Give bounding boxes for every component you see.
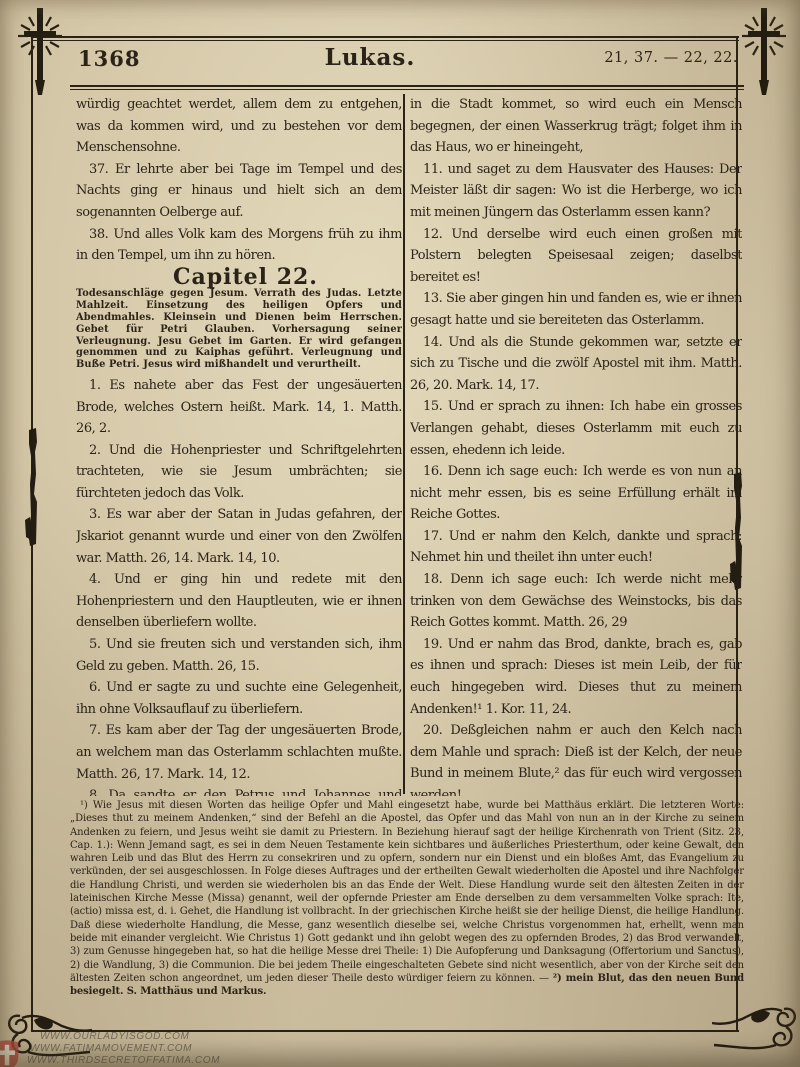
header-rule [70,85,744,90]
footnote-1: ¹) Wie Jesus mit diesen Worten das heili… [70,800,744,984]
verse-paragraph: 7. Es kam aber der Tag der ungesäuerten … [76,720,402,785]
verse-paragraph: 6. Und er sagte zu und suchte eine Geleg… [76,677,402,720]
chapter-summary: Todesanschläge gegen Jesum. Verrath des … [76,288,402,371]
cross-glory-icon [8,2,72,98]
torch-icon [729,468,745,618]
frame-border-top [31,36,739,41]
right-text-column: in die Stadt kommet, so wird euch ein Me… [410,94,742,796]
left-lead-paragraphs: würdig geachtet werdet, allem dem zu ent… [76,94,402,267]
verse-paragraph: 5. Und sie freuten sich und verstanden s… [76,634,402,677]
verse-paragraph: 38. Und alles Volk kam des Morgens früh … [76,224,402,267]
footnote-block: ¹) Wie Jesus mit diesen Worten das heili… [70,799,744,997]
cross-glory-icon [732,2,796,98]
scanned-bible-page: { "header": { "page_number": "1368", "bo… [0,0,800,1067]
torch-icon [24,424,40,574]
verse-paragraph: 37. Er lehrte aber bei Tage im Tempel un… [76,159,402,224]
verse-paragraph: in die Stadt kommet, so wird euch ein Me… [410,94,742,159]
right-verses: in die Stadt kommet, so wird euch ein Me… [410,94,742,796]
chapter-heading: Capitel 22. [76,267,402,289]
verse-paragraph: würdig geachtet werdet, allem dem zu ent… [76,94,402,159]
verse-paragraph: 1. Es nahete aber das Fest der ungesäuer… [76,375,402,440]
watermark-url-3: WWW.THIRDSECRETOFFATIMA.COM [27,1055,220,1066]
verse-paragraph: 14. Und als die Stunde gekommen war, set… [410,332,742,397]
watermark-url-2: WWW.FATIMAMOVEMENT.COM [30,1043,192,1054]
verse-paragraph: 4. Und er ging hin und redete mit den Ho… [76,569,402,634]
left-text-column: würdig geachtet werdet, allem dem zu ent… [76,94,402,796]
verse-paragraph: 15. Und er sprach zu ihnen: Ich habe ein… [410,396,742,461]
verse-paragraph: 16. Denn ich sage euch: Ich werde es von… [410,461,742,526]
verse-paragraph: 18. Denn ich sage euch: Ich werde nicht … [410,569,742,634]
column-divider-rule [403,94,405,794]
verse-range: 21, 37. — 22, 22. [604,50,738,66]
verse-paragraph: 13. Sie aber gingen hin und fanden es, w… [410,288,742,331]
verse-paragraph: 12. Und derselbe wird euch einen großen … [410,224,742,289]
scroll-corner-icon [712,1002,798,1060]
fatima-cross-stamp-icon [0,1038,21,1067]
watermark-url-1: WWW.OURLADYISGOD.COM [40,1031,189,1042]
verse-paragraph: 11. und saget zu dem Hausvater des Hause… [410,159,742,224]
verse-paragraph: 20. Deßgleichen nahm er auch den Kelch n… [410,720,742,796]
verse-paragraph: 8. Da sandte er den Petrus und Johannes … [76,785,402,796]
left-verses: 1. Es nahete aber das Fest der ungesäuer… [76,375,402,796]
verse-paragraph: 2. Und die Hohenpriester und Schriftgele… [76,440,402,505]
verse-paragraph: 19. Und er nahm das Brod, dankte, brach … [410,634,742,720]
verse-paragraph: 3. Es war aber der Satan in Judas gefahr… [76,504,402,569]
verse-paragraph: 17. Und er nahm den Kelch, dankte und sp… [410,526,742,569]
